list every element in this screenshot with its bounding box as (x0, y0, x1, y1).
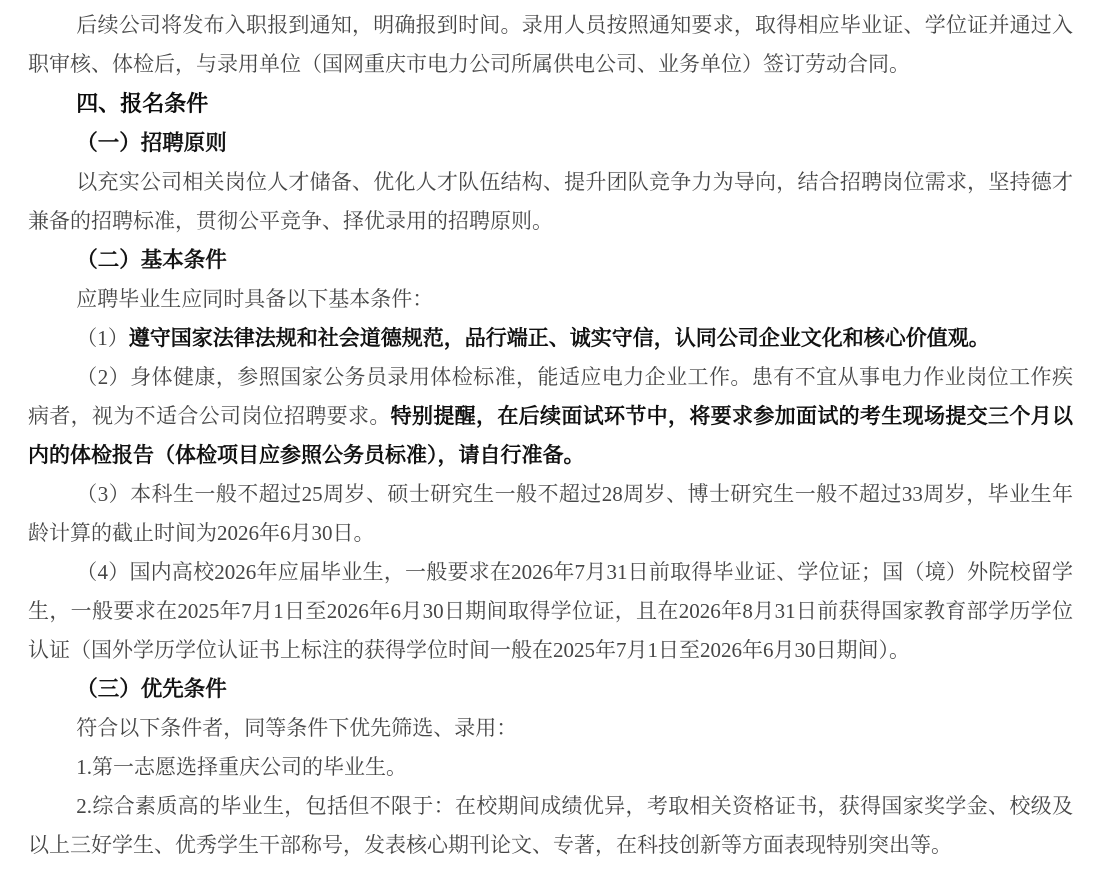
text-run: 1.第一志愿选择重庆公司的毕业生。 (76, 755, 407, 779)
paragraph-recruitment-principles: 以充实公司相关岗位人才储备、优化人才队伍结构、提升团队竞争力为导向，结合招聘岗位… (28, 163, 1073, 241)
text-run: （4）国内高校2026年应届毕业生，一般要求在2026年7月31日前取得毕业证、… (28, 560, 1073, 662)
text-run: （1） (76, 326, 129, 350)
paragraph-basic-condition-1: （1）遵守国家法律法规和社会道德规范，品行端正、诚实守信，认同公司企业文化和核心… (28, 319, 1073, 358)
paragraph-onboarding-notice: 后续公司将发布入职报到通知，明确报到时间。录用人员按照通知要求，取得相应毕业证、… (28, 6, 1073, 84)
document-body: 后续公司将发布入职报到通知，明确报到时间。录用人员按照通知要求，取得相应毕业证、… (28, 6, 1073, 865)
paragraph-basic-condition-2: （2）身体健康，参照国家公务员录用体检标准，能适应电力企业工作。患有不宜从事电力… (28, 358, 1073, 475)
heading-section-4-application-conditions: 四、报名条件 (28, 84, 1073, 124)
bold-text-run: （三）优先条件 (76, 677, 227, 701)
heading-priority-conditions: （三）优先条件 (28, 670, 1073, 709)
paragraph-basic-condition-4: （4）国内高校2026年应届毕业生，一般要求在2026年7月31日前取得毕业证、… (28, 553, 1073, 670)
bold-text-run: （二）基本条件 (76, 248, 227, 272)
paragraph-basic-condition-3: （3）本科生一般不超过25周岁、硕士研究生一般不超过28周岁、博士研究生一般不超… (28, 475, 1073, 553)
text-run: （3）本科生一般不超过25周岁、硕士研究生一般不超过28周岁、博士研究生一般不超… (28, 482, 1073, 545)
text-run: 应聘毕业生应同时具备以下基本条件： (76, 287, 433, 311)
text-run: 2.综合素质高的毕业生，包括但不限于：在校期间成绩优异，考取相关资格证书，获得国… (28, 794, 1073, 857)
bold-text-run: 四、报名条件 (76, 91, 208, 116)
document-page: 后续公司将发布入职报到通知，明确报到时间。录用人员按照通知要求，取得相应毕业证、… (0, 0, 1101, 876)
bold-text-run: 遵守国家法律法规和社会道德规范，品行端正、诚实守信，认同公司企业文化和核心价值观… (129, 327, 990, 350)
text-run: 以充实公司相关岗位人才储备、优化人才队伍结构、提升团队竞争力为导向，结合招聘岗位… (28, 170, 1073, 233)
text-run: 后续公司将发布入职报到通知，明确报到时间。录用人员按照通知要求，取得相应毕业证、… (28, 13, 1073, 76)
paragraph-priority-condition-2: 2.综合素质高的毕业生，包括但不限于：在校期间成绩优异，考取相关资格证书，获得国… (28, 787, 1073, 865)
bold-text-run: （一）招聘原则 (76, 131, 227, 155)
text-run: 符合以下条件者，同等条件下优先筛选、录用： (76, 716, 517, 740)
paragraph-basic-conditions-intro: 应聘毕业生应同时具备以下基本条件： (28, 280, 1073, 319)
heading-recruitment-principles: （一）招聘原则 (28, 124, 1073, 163)
heading-basic-conditions: （二）基本条件 (28, 241, 1073, 280)
paragraph-priority-condition-1: 1.第一志愿选择重庆公司的毕业生。 (28, 748, 1073, 787)
paragraph-priority-conditions-intro: 符合以下条件者，同等条件下优先筛选、录用： (28, 709, 1073, 748)
